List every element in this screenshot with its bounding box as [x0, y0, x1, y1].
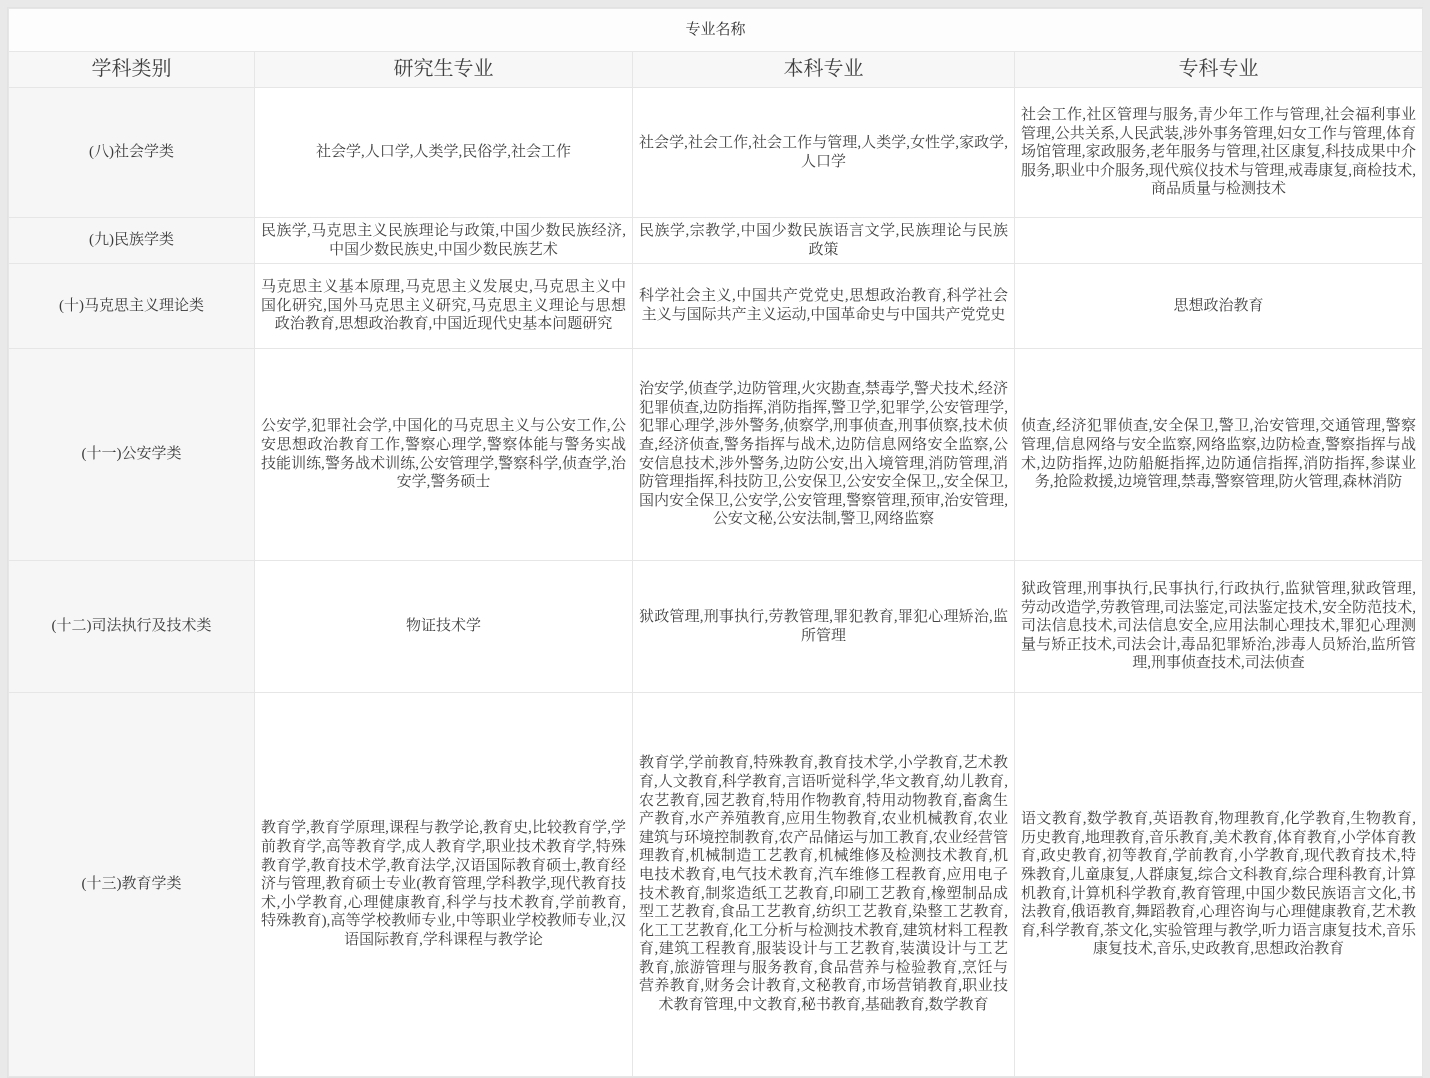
- column-header-category: 学科类别: [9, 52, 255, 88]
- cell-graduate: 社会学,人口学,人类学,民俗学,社会工作: [255, 88, 633, 218]
- column-header-undergraduate: 本科专业: [633, 52, 1015, 88]
- cell-undergraduate: 民族学,宗教学,中国少数民族语言文学,民族理论与民族政策: [633, 218, 1015, 264]
- cell-graduate: 马克思主义基本原理,马克思主义发展史,马克思主义中国化研究,国外马克思主义研究,…: [255, 264, 633, 349]
- table-row: (十一)公安学类 公安学,犯罪社会学,中国化的马克思主义与公安工作,公安思想政治…: [9, 349, 1423, 561]
- cell-college: 侦查,经济犯罪侦查,安全保卫,警卫,治安管理,交通管理,警察管理,信息网络与安全…: [1015, 349, 1423, 561]
- cell-undergraduate: 治安学,侦查学,边防管理,火灾勘查,禁毒学,警犬技术,经济犯罪侦查,边防指挥,消…: [633, 349, 1015, 561]
- column-header-college: 专科专业: [1015, 52, 1423, 88]
- cell-graduate: 物证技术学: [255, 561, 633, 693]
- cell-graduate: 公安学,犯罪社会学,中国化的马克思主义与公安工作,公安思想政治教育工作,警察心理…: [255, 349, 633, 561]
- table-row: (八)社会学类 社会学,人口学,人类学,民俗学,社会工作 社会学,社会工作,社会…: [9, 88, 1423, 218]
- cell-category: (十三)教育学类: [9, 693, 255, 1077]
- cell-college: [1015, 218, 1423, 264]
- cell-category: (十二)司法执行及技术类: [9, 561, 255, 693]
- majors-table: 专业名称 学科类别 研究生专业 本科专业 专科专业 (八)社会学类 社会学,人口…: [8, 8, 1423, 1077]
- header-row: 学科类别 研究生专业 本科专业 专科专业: [9, 52, 1423, 88]
- cell-graduate: 教育学,教育学原理,课程与教学论,教育史,比较教育学,学前教育学,高等教育学,成…: [255, 693, 633, 1077]
- cell-college: 思想政治教育: [1015, 264, 1423, 349]
- cell-category: (八)社会学类: [9, 88, 255, 218]
- table-row: (九)民族学类 民族学,马克思主义民族理论与政策,中国少数民族经济,中国少数民族…: [9, 218, 1423, 264]
- table-title: 专业名称: [9, 9, 1423, 52]
- table-row: (十三)教育学类 教育学,教育学原理,课程与教学论,教育史,比较教育学,学前教育…: [9, 693, 1423, 1077]
- title-row: 专业名称: [9, 9, 1423, 52]
- cell-college: 狱政管理,刑事执行,民事执行,行政执行,监狱管理,狱政管理,劳动改造学,劳教管理…: [1015, 561, 1423, 693]
- cell-college: 语文教育,数学教育,英语教育,物理教育,化学教育,生物教育,历史教育,地理教育,…: [1015, 693, 1423, 1077]
- document-page: 专业名称 学科类别 研究生专业 本科专业 专科专业 (八)社会学类 社会学,人口…: [7, 7, 1423, 1078]
- cell-college: 社会工作,社区管理与服务,青少年工作与管理,社会福利事业管理,公共关系,人民武装…: [1015, 88, 1423, 218]
- column-header-graduate: 研究生专业: [255, 52, 633, 88]
- table-row: (十)马克思主义理论类 马克思主义基本原理,马克思主义发展史,马克思主义中国化研…: [9, 264, 1423, 349]
- cell-graduate: 民族学,马克思主义民族理论与政策,中国少数民族经济,中国少数民族史,中国少数民族…: [255, 218, 633, 264]
- cell-undergraduate: 科学社会主义,中国共产党党史,思想政治教育,科学社会主义与国际共产主义运动,中国…: [633, 264, 1015, 349]
- cell-undergraduate: 狱政管理,刑事执行,劳教管理,罪犯教育,罪犯心理矫治,监所管理: [633, 561, 1015, 693]
- table-row: (十二)司法执行及技术类 物证技术学 狱政管理,刑事执行,劳教管理,罪犯教育,罪…: [9, 561, 1423, 693]
- cell-category: (十)马克思主义理论类: [9, 264, 255, 349]
- cell-undergraduate: 社会学,社会工作,社会工作与管理,人类学,女性学,家政学,人口学: [633, 88, 1015, 218]
- cell-category: (十一)公安学类: [9, 349, 255, 561]
- cell-category: (九)民族学类: [9, 218, 255, 264]
- cell-undergraduate: 教育学,学前教育,特殊教育,教育技术学,小学教育,艺术教育,人文教育,科学教育,…: [633, 693, 1015, 1077]
